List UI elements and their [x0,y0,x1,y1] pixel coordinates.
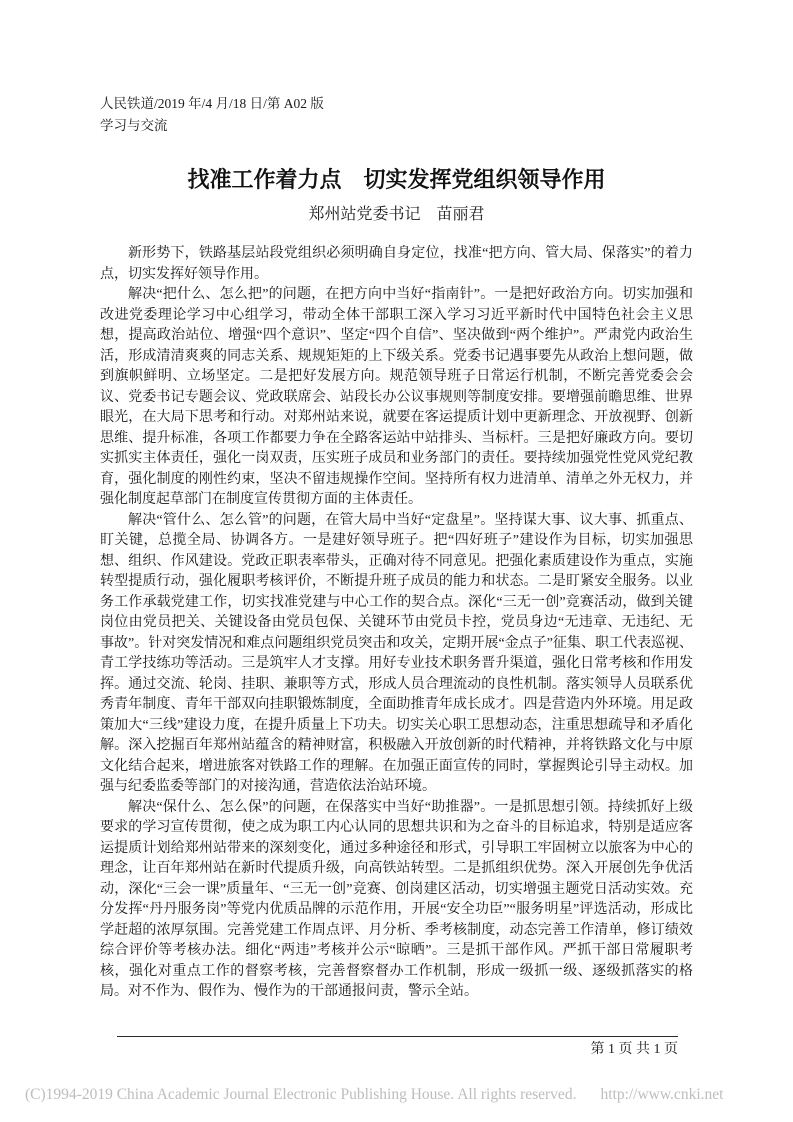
source-info-line: 人民铁道/2019 年/4 月/18 日/第 A02 版 [100,93,693,115]
page-indicator: 第 1 页 共 1 页 [100,1040,678,1060]
copyright-line: (C)1994-2019 China Academic Journal Elec… [25,1085,765,1105]
cnki-url: http://www.cnki.net [600,1086,723,1103]
document-page: 人民铁道/2019 年/4 月/18 日/第 A02 版 学习与交流 找准工作着… [0,0,793,1122]
article-paragraph: 解决“把什么、怎么把”的问题，在把方向中当好“指南针”。一是把好政治方向。切实加… [100,285,693,511]
article-paragraph: 解决“保什么、怎么保”的问题，在保落实中当好“助推器”。一是抓思想引领。持续抓好… [100,798,693,1003]
article-body: 新形势下，铁路基层站段党组织必须明确自身定位，找准“把方向、管大局、保落实”的着… [100,244,693,1003]
copyright-notice: (C)1994-2019 China Academic Journal Elec… [25,1086,576,1103]
document-header: 人民铁道/2019 年/4 月/18 日/第 A02 版 学习与交流 [100,93,693,137]
article-paragraph: 新形势下，铁路基层站段党组织必须明确自身定位，找准“把方向、管大局、保落实”的着… [100,244,693,285]
article-paragraph: 解决“管什么、怎么管”的问题，在管大局中当好“定盘星”。坚持谋大事、议大事、抓重… [100,511,693,798]
article-title: 找准工作着力点 切实发挥党组织领导作用 [100,163,693,197]
article-author: 郑州站党委书记 苗丽君 [100,203,693,227]
section-name-line: 学习与交流 [100,115,693,137]
footer-divider [117,1036,678,1037]
